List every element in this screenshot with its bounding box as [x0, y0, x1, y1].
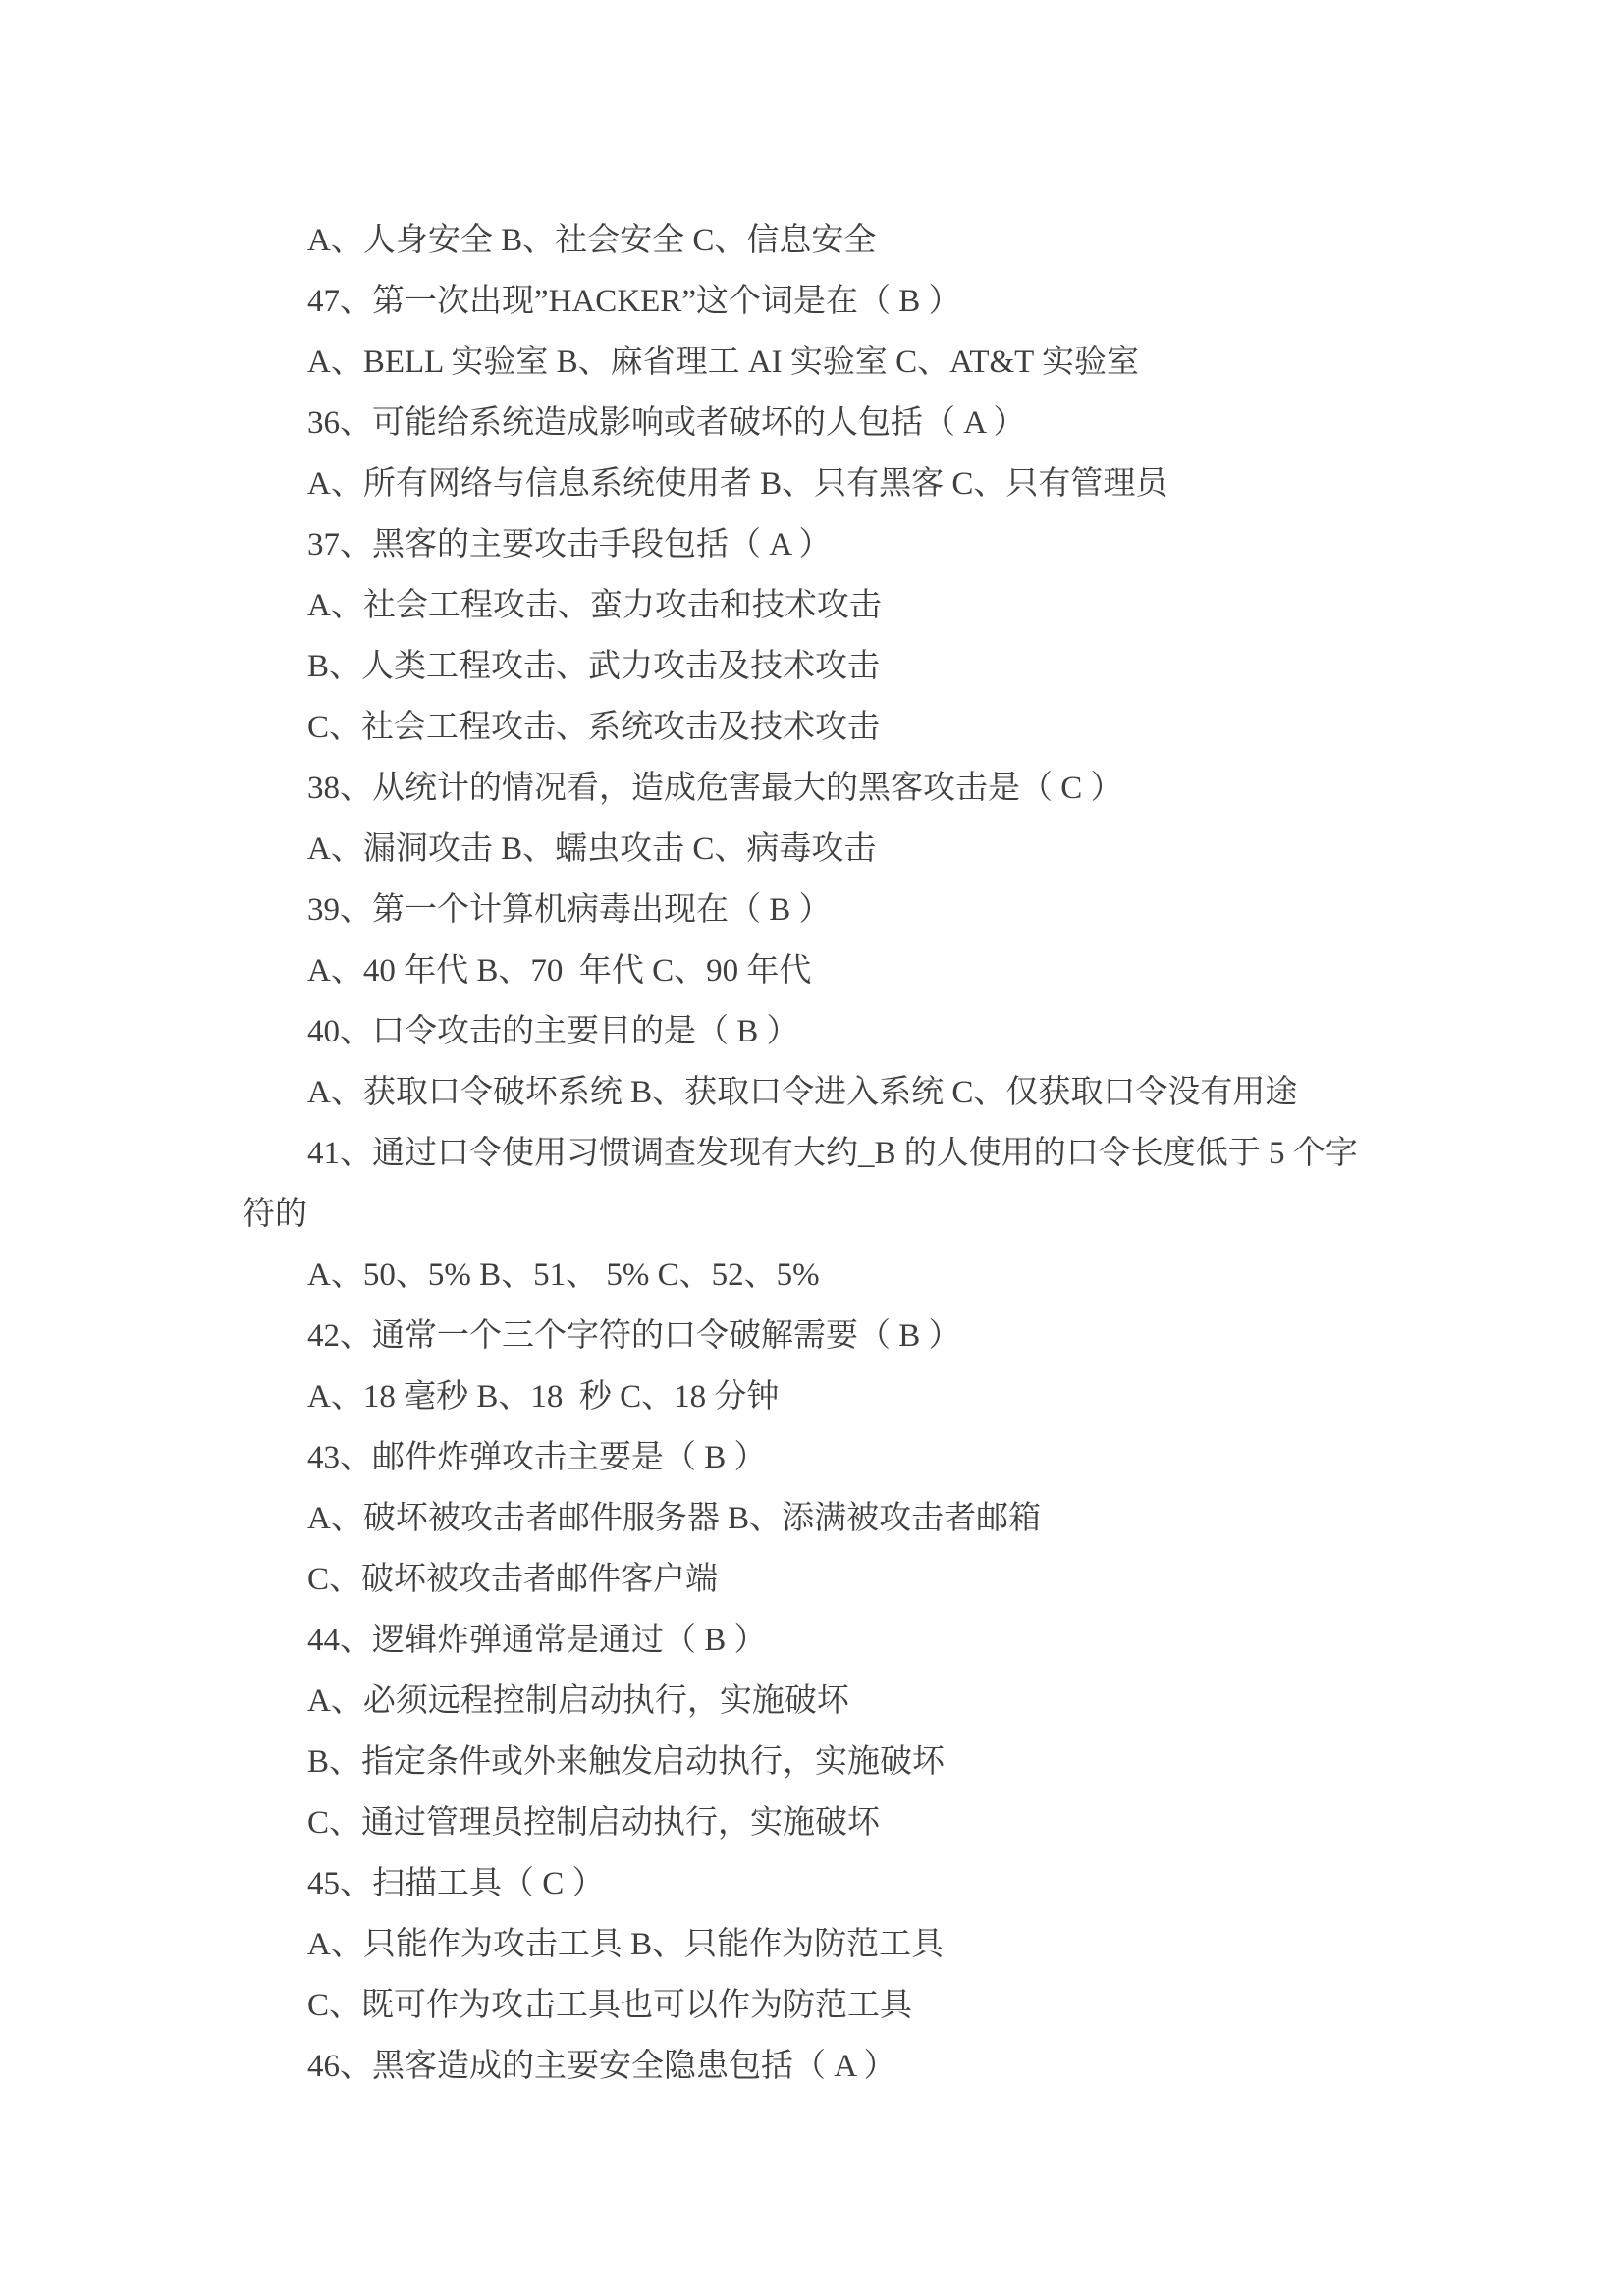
question-line: 43、邮件炸弹攻击主要是（ B ） [243, 1427, 1624, 1488]
option-line: A、BELL 实验室 B、麻省理工 AI 实验室 C、AT&T 实验室 [243, 332, 1624, 393]
option-line: C、通过管理员控制启动执行，实施破坏 [243, 1792, 1624, 1853]
question-line: 40、口令攻击的主要目的是（ B ） [243, 1001, 1624, 1062]
question-line: 46、黑客造成的主要安全隐患包括（ A ） [243, 2036, 1624, 2097]
option-line: C、破坏被攻击者邮件客户端 [243, 1549, 1624, 1610]
option-line: A、40 年代 B、70 年代 C、90 年代 [243, 940, 1624, 1001]
option-line: A、必须远程控制启动执行，实施破坏 [243, 1671, 1624, 1732]
option-line: C、既可作为攻击工具也可以作为防范工具 [243, 1975, 1624, 2036]
option-line: A、破坏被攻击者邮件服务器 B、添满被攻击者邮箱 [243, 1488, 1624, 1549]
question-line: 44、逻辑炸弹通常是通过（ B ） [243, 1610, 1624, 1671]
continuation-line: 符的 [243, 1184, 1624, 1245]
option-line: A、18 毫秒 B、18 秒 C、18 分钟 [243, 1366, 1624, 1427]
option-line: A、获取口令破坏系统 B、获取口令进入系统 C、仅获取口令没有用途 [243, 1062, 1624, 1123]
option-line: A、漏洞攻击 B、蠕虫攻击 C、病毒攻击 [243, 819, 1624, 880]
option-line: C、社会工程攻击、系统攻击及技术攻击 [243, 697, 1624, 758]
question-line: 39、第一个计算机病毒出现在（ B ） [243, 880, 1624, 940]
document-page: { "page": { "background_color": "#ffffff… [0, 0, 1624, 2296]
option-line: A、人身安全 B、社会安全 C、信息安全 [243, 210, 1624, 271]
option-line: B、人类工程攻击、武力攻击及技术攻击 [243, 636, 1624, 697]
option-line: A、社会工程攻击、蛮力攻击和技术攻击 [243, 575, 1624, 636]
question-line: 38、从统计的情况看，造成危害最大的黑客攻击是（ C ） [243, 758, 1624, 819]
option-line: B、指定条件或外来触发启动执行，实施破坏 [243, 1732, 1624, 1792]
question-line: 47、第一次出现”HACKER”这个词是在（ B ） [243, 271, 1624, 332]
question-line: 41、通过口令使用习惯调查发现有大约_B 的人使用的口令长度低于 5 个字 [243, 1123, 1624, 1184]
option-line: A、50、5% B、51、 5% C、52、5% [243, 1245, 1624, 1306]
question-line: 42、通常一个三个字符的口令破解需要（ B ） [243, 1306, 1624, 1366]
option-line: A、所有网络与信息系统使用者 B、只有黑客 C、只有管理员 [243, 454, 1624, 514]
document-text-block: A、人身安全 B、社会安全 C、信息安全 47、第一次出现”HACKER”这个词… [243, 210, 1624, 2097]
question-line: 37、黑客的主要攻击手段包括（ A ） [243, 514, 1624, 575]
question-line: 45、扫描工具（ C ） [243, 1853, 1624, 1914]
question-line: 36、可能给系统造成影响或者破坏的人包括（ A ） [243, 393, 1624, 454]
option-line: A、只能作为攻击工具 B、只能作为防范工具 [243, 1914, 1624, 1975]
